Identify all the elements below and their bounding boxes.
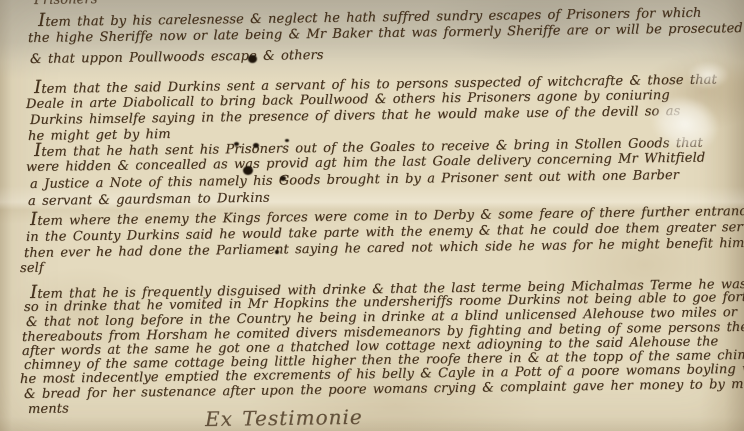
ink-blot	[243, 166, 253, 175]
manuscript-line: & that uppon Poullwoods escape & others	[30, 48, 324, 67]
ink-blot	[234, 142, 239, 146]
ink-blot	[280, 176, 286, 181]
manuscript-signature-line: Ex Testimonie	[205, 410, 363, 427]
ink-blot	[285, 139, 289, 142]
manuscript-line: a servant & gaurdsman to Durkins	[28, 191, 270, 209]
paper-repair-patch	[688, 62, 728, 88]
ink-blot	[275, 250, 279, 254]
manuscript-page: Prisoners Item that by his carelesnesse …	[0, 0, 744, 431]
ink-blot	[253, 143, 259, 148]
manuscript-line: ments	[28, 401, 69, 417]
manuscript-line: self	[20, 261, 44, 276]
ink-blot	[248, 55, 257, 63]
manuscript-line: Prisoners	[34, 0, 98, 8]
